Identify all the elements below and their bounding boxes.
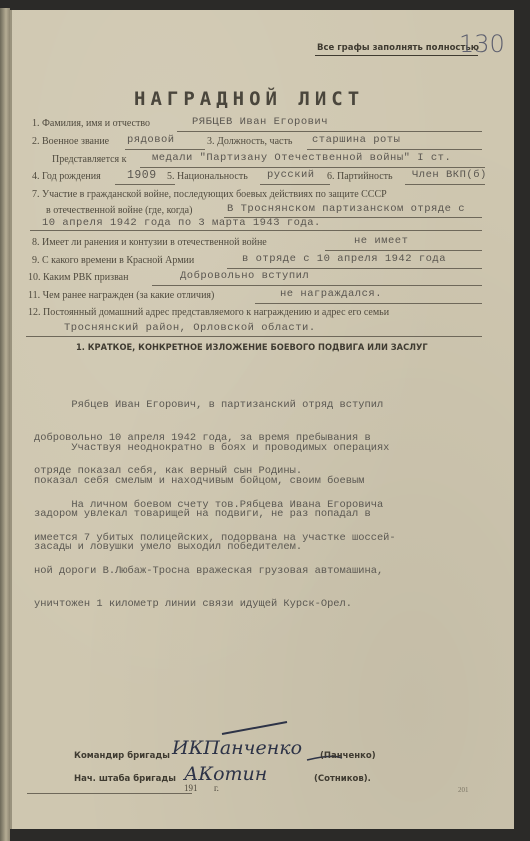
date-suffix: г. (214, 783, 219, 793)
nomination-value: медали "Партизану Отечественной войны" I… (152, 152, 451, 164)
field-2-value: рядовой (127, 134, 175, 146)
field-12-line (26, 336, 482, 337)
field-3-line (307, 149, 482, 150)
date-line (27, 793, 192, 794)
field-10-label: 10. Каким РВК призван (28, 272, 128, 283)
field-6-line (405, 184, 485, 185)
award-sheet-page: Все графы заполнять полностью 130 НАГРАД… (10, 10, 514, 829)
field-4-label: 4. Год рождения (32, 171, 101, 182)
field-1-line (177, 131, 482, 132)
nomination-line (140, 167, 485, 168)
field-11-label: 11. Чем ранее награжден (за какие отличи… (28, 290, 214, 301)
field-2-line (125, 149, 205, 150)
field-5-label: 5. Национальность (167, 171, 248, 182)
field-3-label: 3. Должность, часть (207, 136, 292, 147)
nomination-label: Представляется к (52, 154, 127, 165)
field-4-line (115, 184, 175, 185)
field-10-line (152, 285, 482, 286)
field-7-line (224, 217, 482, 218)
fill-instruction: Все графы заполнять полностью (317, 43, 479, 53)
field-7-label: 7. Участие в гражданской войне, последую… (32, 189, 387, 200)
paragraph-3: На личном боевом счету тов.Рябцева Ивана… (34, 478, 396, 632)
field-10-value: Добровольно вступил (180, 270, 309, 282)
instruction-underline (315, 55, 478, 56)
page-number: 130 (459, 30, 505, 58)
chief-of-staff-signature: АКотин (184, 763, 267, 785)
field-7-value: В Троснянском партизанском отряде с (227, 203, 465, 215)
field-9-value: в отряде с 10 апреля 1942 года (242, 253, 446, 265)
field-6-label: 6. Партийность (327, 171, 393, 182)
field-12-label: 12. Постоянный домашний адрес представля… (28, 307, 389, 318)
field-8-label: 8. Имеет ли ранения и контузии в отечест… (32, 237, 267, 248)
date-year: 191 (184, 783, 198, 793)
commander-name: (Панченко) (320, 751, 376, 761)
field-12-value: Троснянский район, Орловской области. (64, 322, 316, 334)
field-8-line (325, 250, 482, 251)
field-1-value: РЯБЦЕВ Иван Егорович (192, 116, 328, 128)
field-11-value: не награждался. (280, 288, 382, 300)
form-code: 201 (458, 786, 469, 794)
field-9-line (227, 268, 482, 269)
field-5-value: русский (267, 169, 315, 181)
section-heading: 1. КРАТКОЕ, КОНКРЕТНОЕ ИЗЛОЖЕНИЕ БОЕВОГО… (76, 343, 428, 353)
field-9-label: 9. С какого времени в Красной Армии (32, 255, 194, 266)
field-6-value: Член ВКП(б) (412, 169, 487, 181)
commander-label: Командир бригады (74, 751, 170, 761)
chief-of-staff-name: (Сотников). (314, 774, 371, 784)
field-7-value-cont: 10 апреля 1942 года по 3 марта 1943 года… (42, 217, 321, 229)
field-7-line-2 (30, 230, 482, 231)
field-3-value: старшина роты (312, 134, 400, 146)
field-8-value: не имеет (354, 235, 408, 247)
field-4-value: 1909 (127, 169, 157, 182)
field-2-label: 2. Военное звание (32, 136, 109, 147)
document-title: НАГРАДНОЙ ЛИСТ (134, 88, 364, 110)
field-11-line (255, 303, 482, 304)
field-7-label-cont: в отечественной войне (где, когда) (46, 205, 192, 216)
field-5-line (260, 184, 330, 185)
binding-edge (0, 8, 10, 841)
chief-of-staff-label: Нач. штаба бригады (74, 774, 176, 784)
field-1-label: 1. Фамилия, имя и отчество (32, 118, 150, 129)
